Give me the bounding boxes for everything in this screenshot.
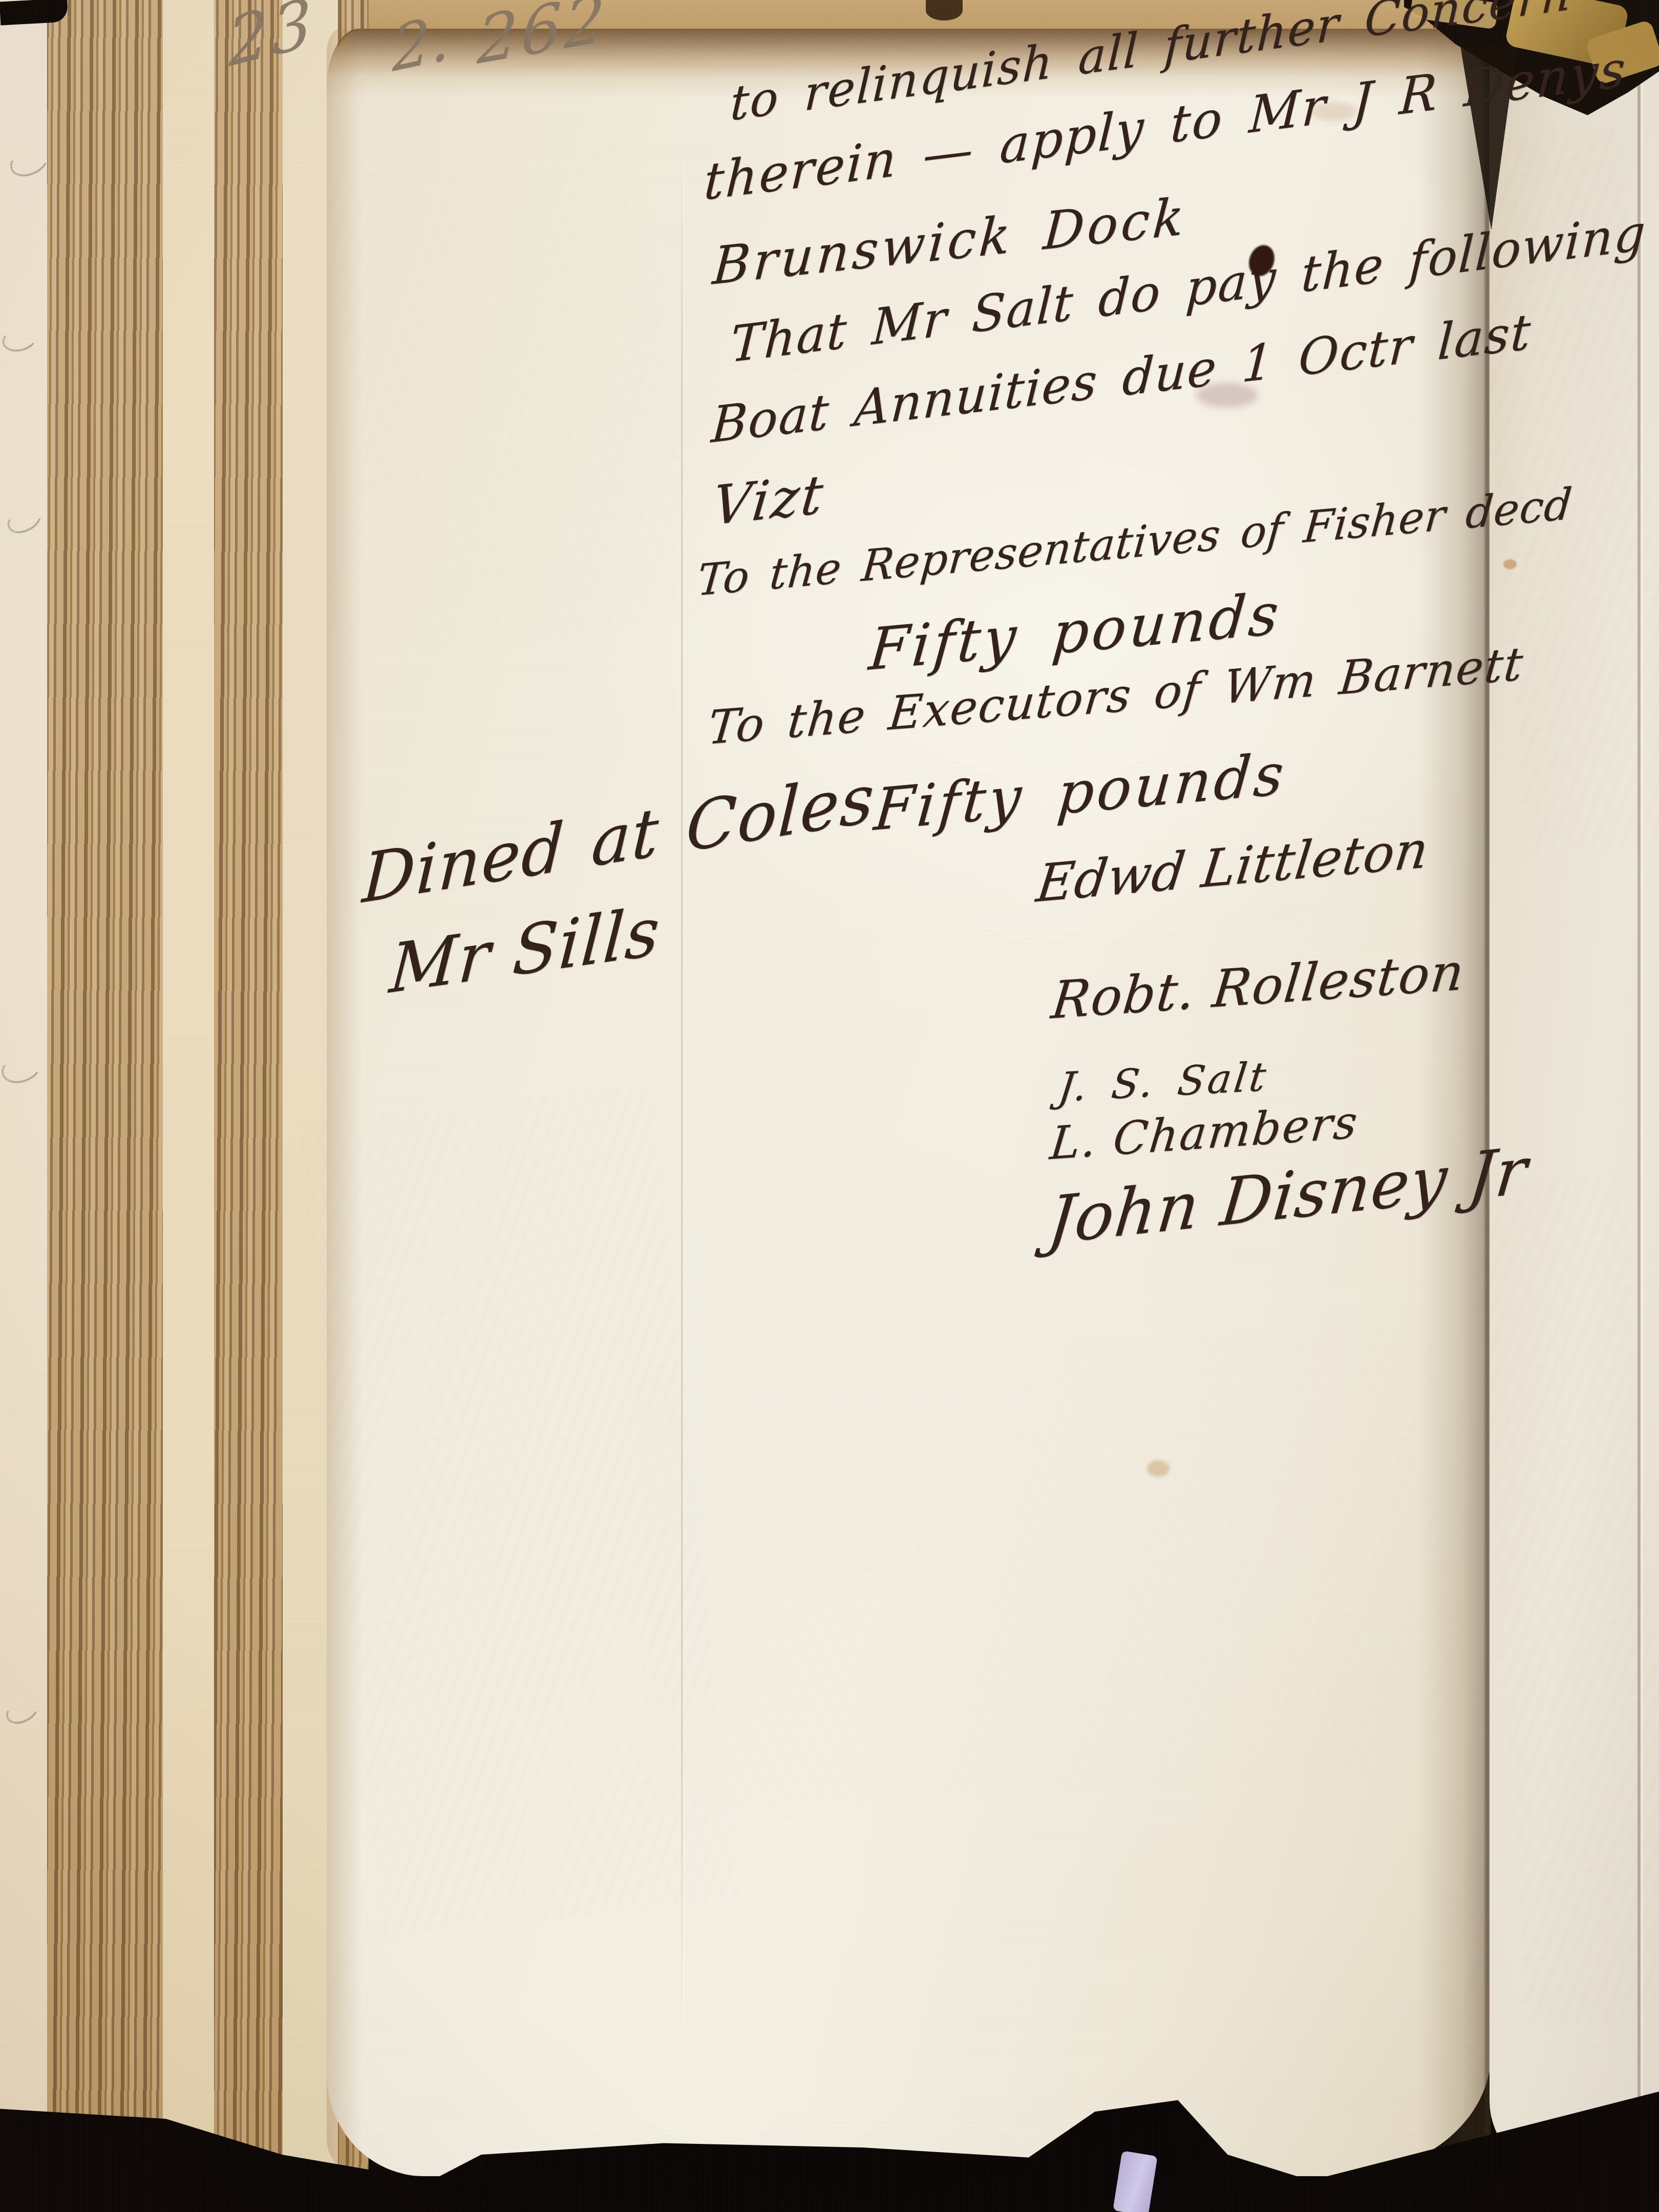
underlying-page-edge [163, 0, 214, 2212]
facing-page-edge-highlight [1641, 67, 1643, 2110]
ink-smudge [1196, 383, 1258, 408]
folio-center-mark: 2. [392, 2, 450, 87]
ink-show-through [326, 134, 708, 660]
foxing-spot [1503, 559, 1517, 569]
foxing-spot [1147, 1460, 1169, 1477]
manuscript-photo: 23 2. 262 to relinquish all further Conc… [0, 0, 1659, 2212]
page-edge-notch [926, 0, 963, 20]
foxing-spot [1311, 102, 1357, 121]
entry-line: Vizt [710, 462, 828, 538]
left-page-edges-stack [0, 0, 369, 2212]
ink-show-through [634, 1321, 1455, 1813]
